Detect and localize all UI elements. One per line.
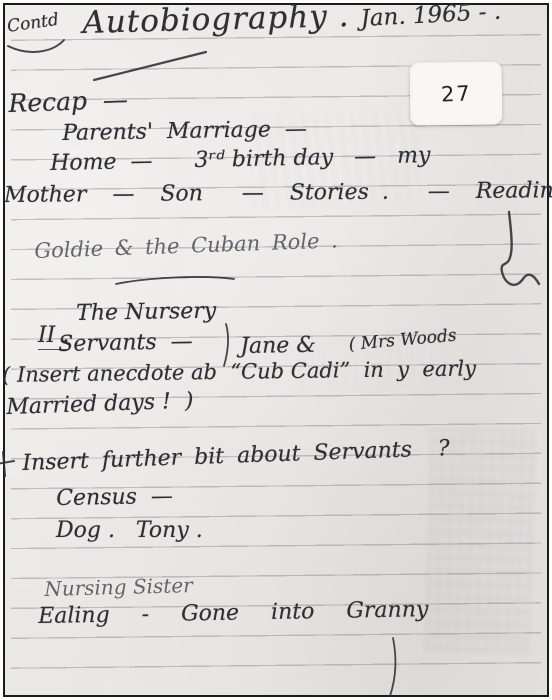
page-number: 27 [440, 81, 472, 106]
jane-line: Jane & [240, 334, 316, 360]
servants-line: Servants — [58, 330, 193, 357]
recap-line-3: Mother — Son — Stories . — Reading [4, 179, 552, 208]
notebook-page-scan: Contd Autobiography . Jan. 1965 - . 27 R… [0, 0, 552, 700]
recap-line-1: Parents' Marriage — [62, 118, 307, 146]
census-line: Census — [56, 485, 173, 511]
page-title: Autobiography . [82, 0, 350, 40]
nursery-heading: The Nursery [76, 300, 216, 327]
page-number-sticker: 27 [410, 62, 503, 126]
recap-heading: Recap — [8, 86, 128, 118]
dog-tony-line: Dog . Tony . [56, 519, 203, 543]
nursing-sister-line: Nursing Sister [44, 574, 193, 600]
